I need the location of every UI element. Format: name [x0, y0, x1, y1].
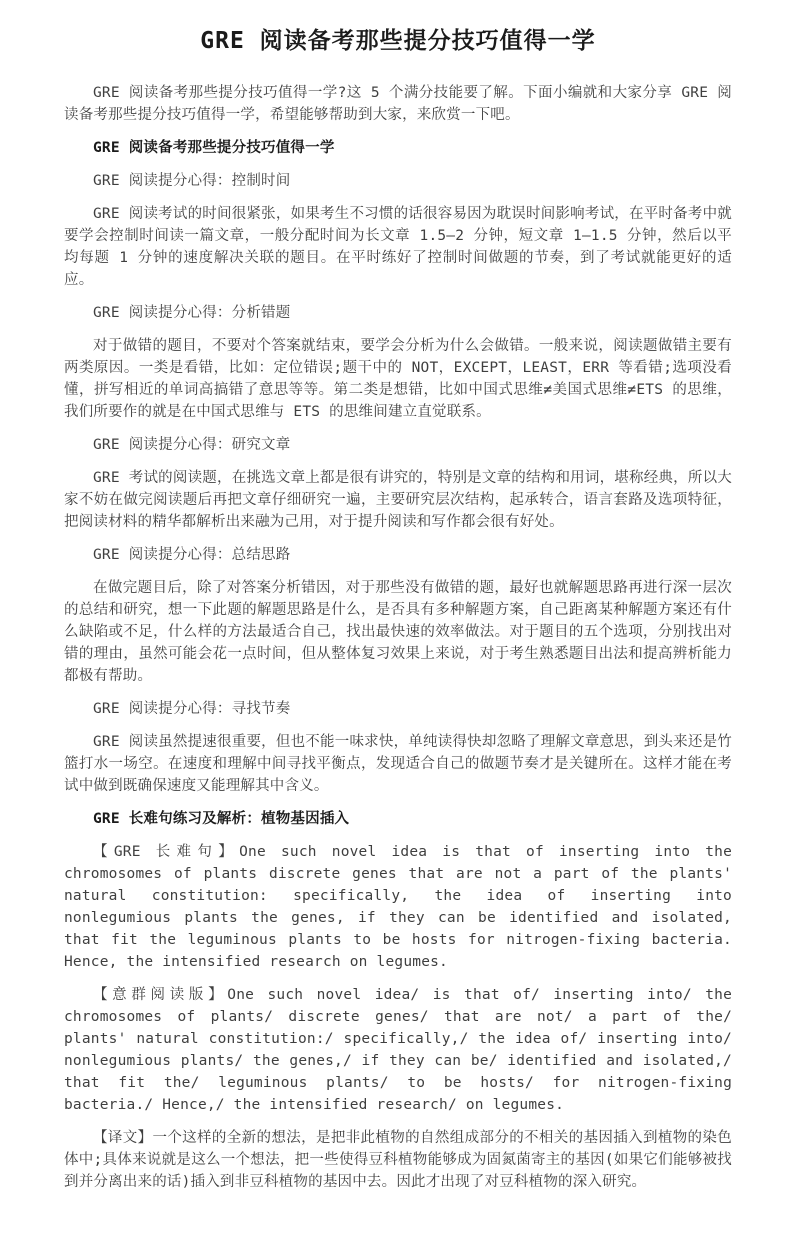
- document-page: GRE 阅读备考那些提分技巧值得一学 GRE 阅读备考那些提分技巧值得一学?这 …: [0, 0, 794, 1244]
- paragraph: 【意群阅读版】One such novel idea/ is that of/ …: [64, 984, 732, 1116]
- paragraph: 【GRE 长难句】One such novel idea is that of …: [64, 841, 732, 973]
- paragraph: 在做完题目后，除了对答案分析错因，对于那些没有做错的题，最好也就解题思路再进行深…: [64, 577, 732, 687]
- paragraph: GRE 阅读虽然提速很重要，但也不能一味求快，单纯读得快却忽略了理解文章意思，到…: [64, 731, 732, 797]
- section-heading: GRE 阅读备考那些提分技巧值得一学: [64, 137, 732, 159]
- paragraph: GRE 考试的阅读题，在挑选文章上都是很有讲究的，特别是文章的结构和用词，堪称经…: [64, 467, 732, 533]
- tip-heading: GRE 阅读提分心得：研究文章: [64, 434, 732, 456]
- document-title: GRE 阅读备考那些提分技巧值得一学: [64, 26, 732, 56]
- tip-heading: GRE 阅读提分心得：总结思路: [64, 544, 732, 566]
- paragraph: 对于做错的题目，不要对个答案就结束，要学会分析为什么会做错。一般来说，阅读题做错…: [64, 335, 732, 423]
- paragraph: 【译文】一个这样的全新的想法，是把非此植物的自然组成部分的不相关的基因插入到植物…: [64, 1127, 732, 1193]
- tip-heading: GRE 阅读提分心得：分析错题: [64, 302, 732, 324]
- paragraph: GRE 阅读考试的时间很紧张，如果考生不习惯的话很容易因为耽误时间影响考试，在平…: [64, 203, 732, 291]
- tip-heading: GRE 阅读提分心得：控制时间: [64, 170, 732, 192]
- section-heading: GRE 长难句练习及解析：植物基因插入: [64, 808, 732, 830]
- paragraph: GRE 阅读备考那些提分技巧值得一学?这 5 个满分技能要了解。下面小编就和大家…: [64, 82, 732, 126]
- tip-heading: GRE 阅读提分心得：寻找节奏: [64, 698, 732, 720]
- document-body: GRE 阅读备考那些提分技巧值得一学?这 5 个满分技能要了解。下面小编就和大家…: [64, 82, 732, 1193]
